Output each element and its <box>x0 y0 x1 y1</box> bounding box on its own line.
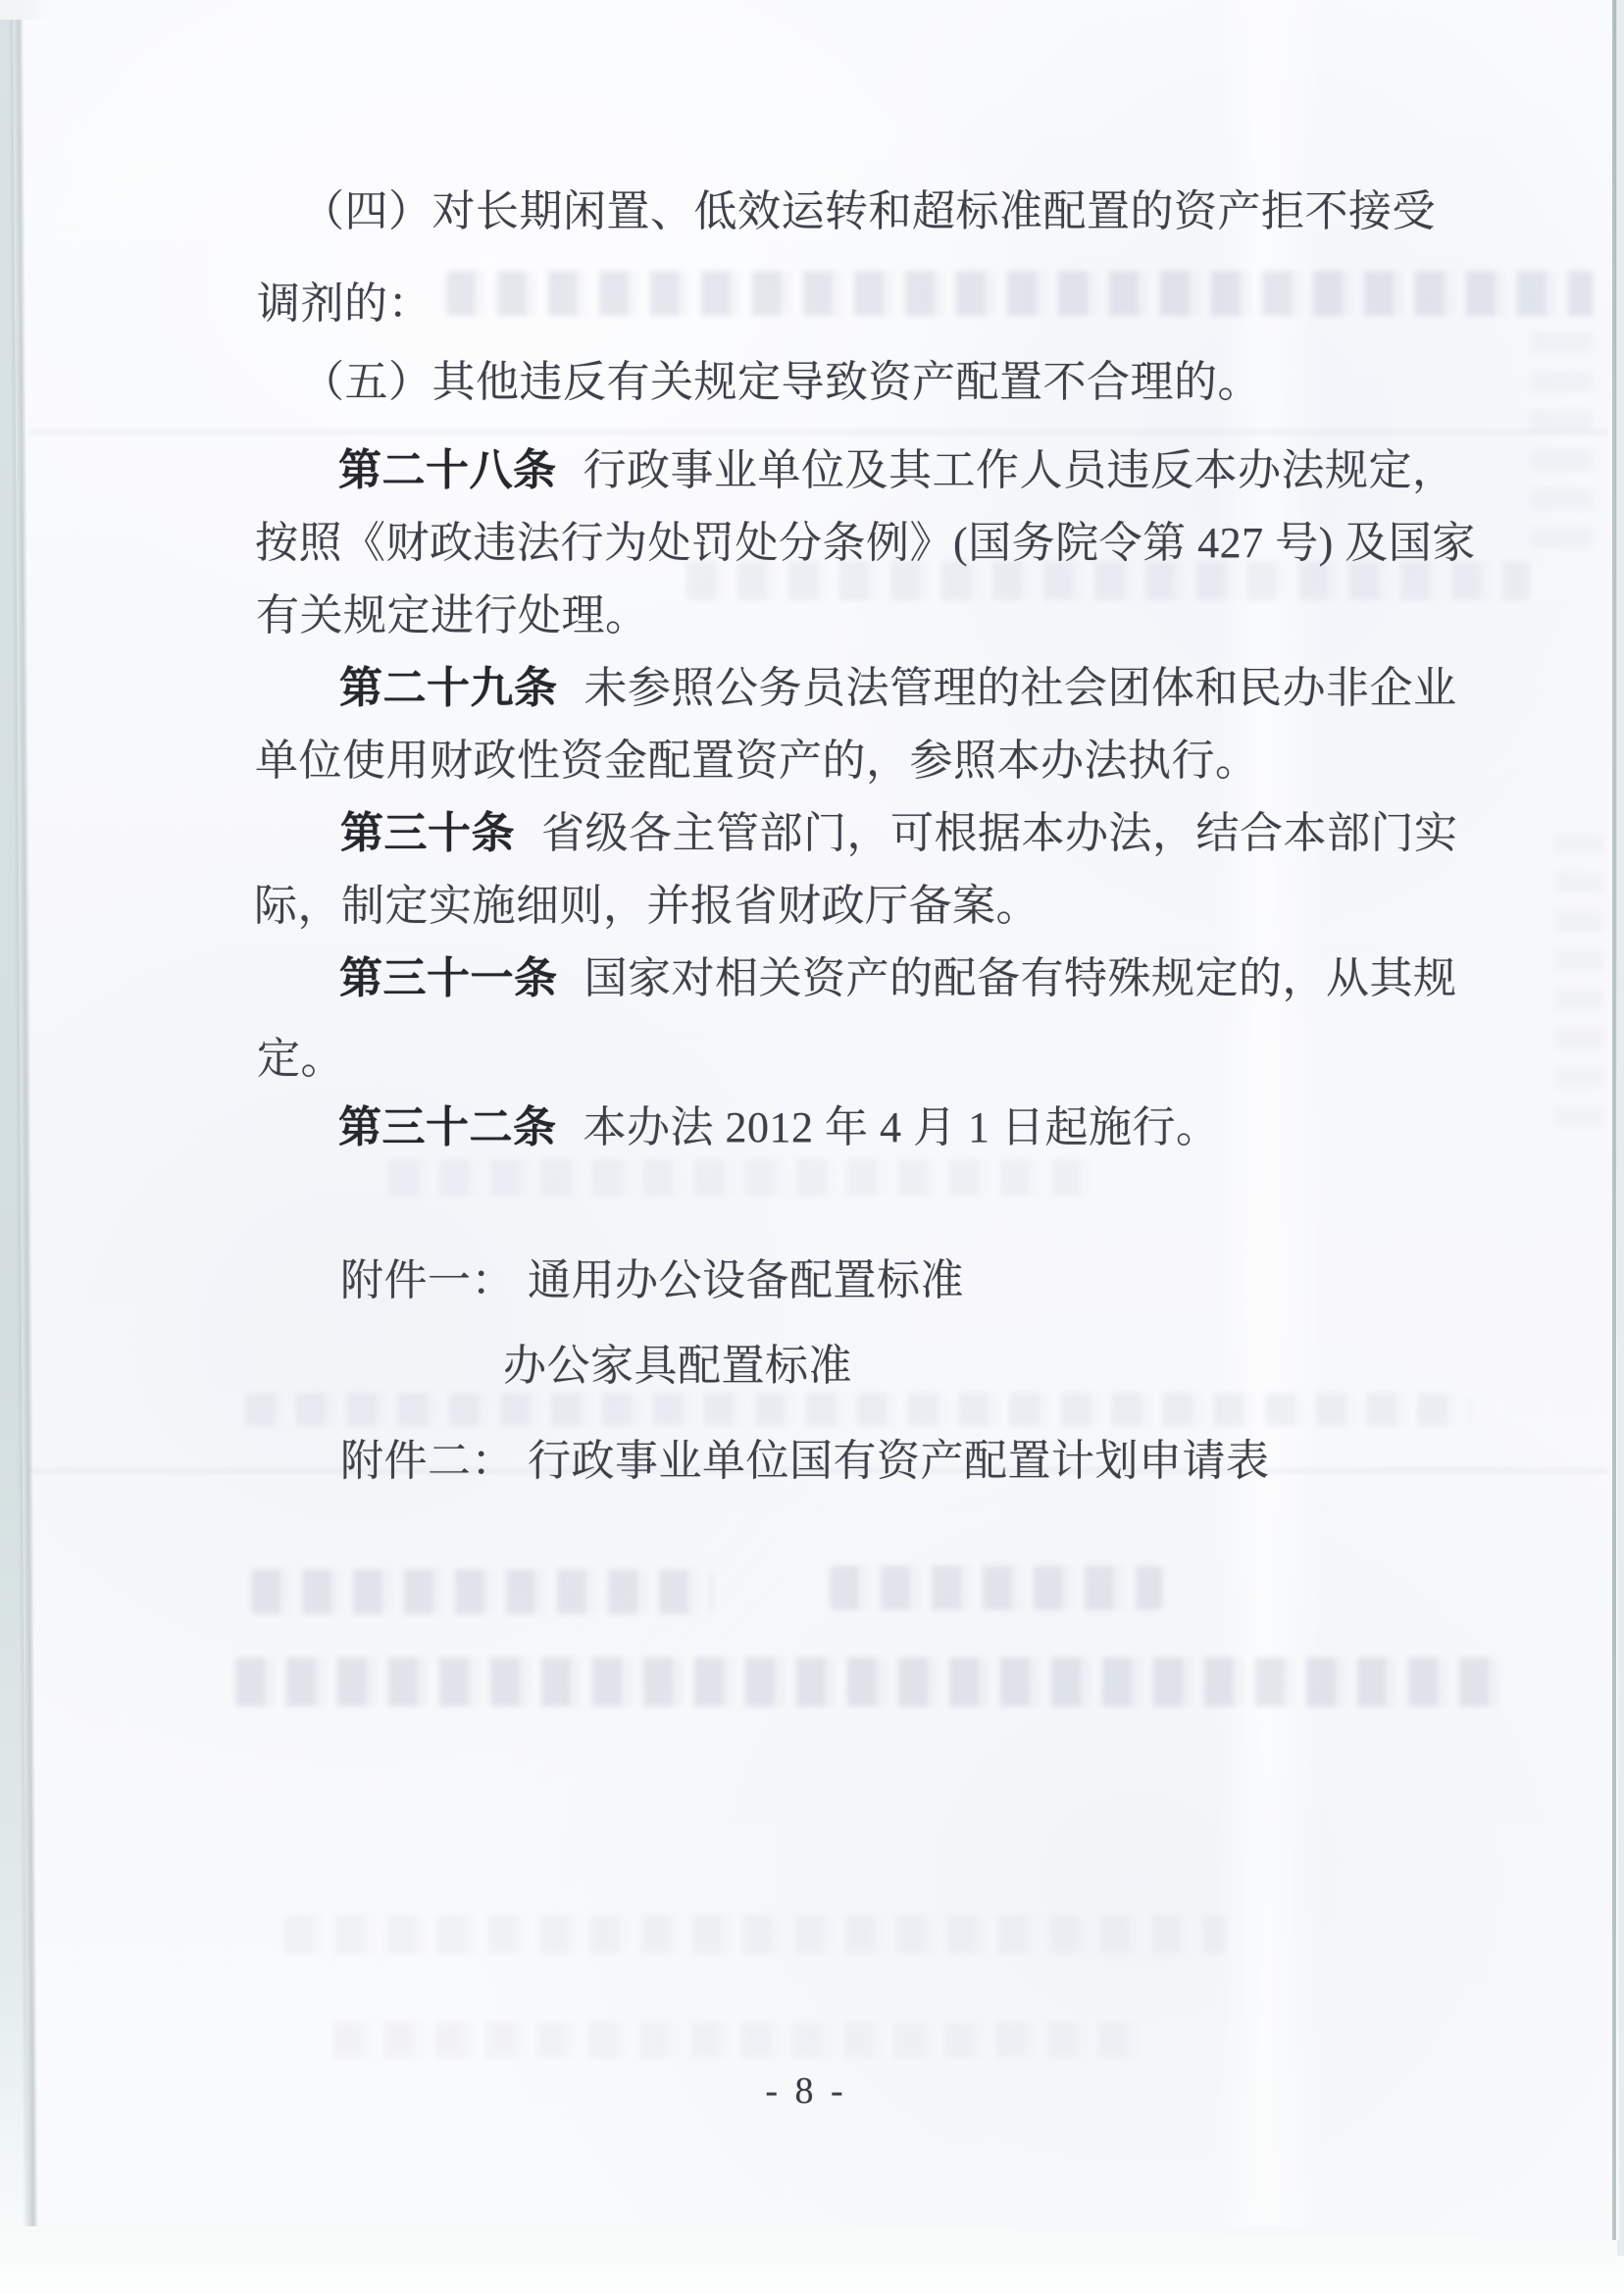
attachment-label: 附件二： <box>340 1437 515 1485</box>
line-text: 国家对相关资产的配备有特殊规定的，从其规 <box>584 954 1457 1002</box>
scanner-streak <box>29 430 1608 434</box>
article-number: 第二十八条 <box>338 446 557 494</box>
document-line: 有关规定进行处理。 <box>256 590 649 641</box>
bleedthrough-ghost <box>251 1569 712 1614</box>
bleedthrough-ghost <box>284 1914 1226 1954</box>
line-text: 定。 <box>257 1035 344 1083</box>
document-line: 附件一：通用办公设备配置标准 <box>340 1255 964 1306</box>
attachment-label: 附件一： <box>340 1256 515 1304</box>
line-text: 有关规定进行处理。 <box>256 591 649 639</box>
document-line: （五）其他违反有关规定导致资产配置不合理的。 <box>301 357 1261 408</box>
article-number: 第三十条 <box>340 809 515 857</box>
document-line: 第二十九条未参照公务员法管理的社会团体和民办非企业 <box>339 663 1457 714</box>
line-text: 行政事业单位国有资产配置计划申请表 <box>528 1437 1270 1485</box>
document-line: 第三十二条本办法 2012 年 4 月 1 日起施行。 <box>338 1102 1220 1153</box>
document-line: （四）对长期闲置、低效运转和超标准配置的资产拒不接受 <box>301 186 1436 237</box>
scanner-streak <box>1216 0 1324 2226</box>
article-number: 第三十二条 <box>338 1103 557 1151</box>
document-line: 第三十一条国家对相关资产的配备有特殊规定的，从其规 <box>339 953 1457 1004</box>
bleedthrough-ghost <box>235 1657 1510 1707</box>
scanned-document-page: （四）对长期闲置、低效运转和超标准配置的资产拒不接受 调剂的： （五）其他违反有… <box>0 0 1624 2294</box>
document-line: 调剂的： <box>257 279 431 330</box>
bleedthrough-ghost <box>388 1159 1094 1197</box>
document-line: 单位使用财政性资金配置资产的，参照本办法执行。 <box>255 736 1259 787</box>
article-number: 第三十一条 <box>339 954 558 1002</box>
document-line: 按照《财政违法行为处罚处分条例》(国务院令第 427 号) 及国家 <box>255 518 1476 569</box>
bleedthrough-ghost <box>1530 324 1593 549</box>
line-text: 未参照公务员法管理的社会团体和民办非企业 <box>584 664 1457 712</box>
document-line: 办公家具配置标准 <box>503 1341 852 1392</box>
line-text: 按照《财政违法行为处罚处分条例》(国务院令第 427 号) 及国家 <box>255 519 1476 567</box>
paper-edge-line <box>1612 0 1616 2240</box>
line-text: 通用办公设备配置标准 <box>528 1256 964 1304</box>
document-line: 附件二：行政事业单位国有资产配置计划申请表 <box>340 1436 1270 1487</box>
page-number: - 8 - <box>0 2069 1612 2113</box>
document-line: 第三十条省级各主管部门，可根据本办法，结合本部门实 <box>340 808 1458 859</box>
bleedthrough-ghost <box>333 2022 1147 2058</box>
document-line: 第二十八条行政事业单位及其工作人员违反本办法规定， <box>338 445 1456 496</box>
line-text: （四）对长期闲置、低效运转和超标准配置的资产拒不接受 <box>301 187 1436 235</box>
scan-corner-sliver <box>0 0 55 20</box>
bleedthrough-ghost <box>245 1393 1471 1426</box>
line-text: 办公家具配置标准 <box>503 1342 852 1390</box>
bleedthrough-ghost <box>830 1565 1163 1610</box>
document-line: 际，制定实施细则，并报省财政厅备案。 <box>254 881 1040 932</box>
line-text: （五）其他违反有关规定导致资产配置不合理的。 <box>301 358 1261 406</box>
line-text: 行政事业单位及其工作人员违反本办法规定， <box>584 446 1456 494</box>
document-line: 定。 <box>257 1034 344 1085</box>
bleedthrough-ghost <box>446 271 1594 316</box>
line-text: 省级各主管部门，可根据本办法，结合本部门实 <box>541 809 1458 857</box>
line-text: 调剂的： <box>257 280 431 328</box>
article-number: 第二十九条 <box>339 664 558 712</box>
line-text: 本办法 2012 年 4 月 1 日起施行。 <box>584 1103 1220 1151</box>
bleedthrough-ghost <box>1554 834 1603 1128</box>
line-text: 单位使用财政性资金配置资产的，参照本办法执行。 <box>255 737 1259 785</box>
line-text: 际，制定实施细则，并报省财政厅备案。 <box>254 882 1040 930</box>
